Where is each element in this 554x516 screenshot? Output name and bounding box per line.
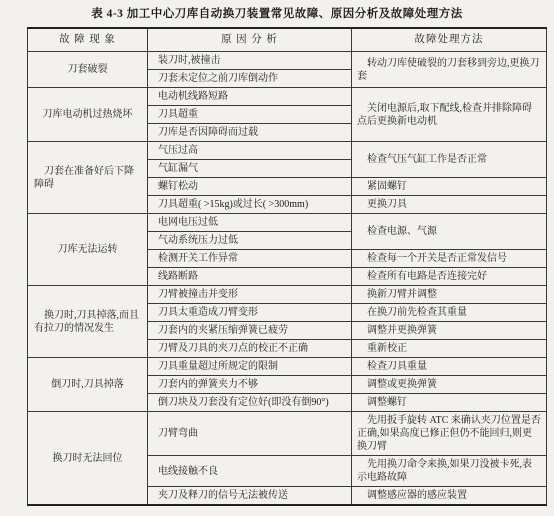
remedy-cell: 检查每一个开关是否正常发信号 — [352, 250, 547, 268]
remedy-cell: 调整并更换弹簧 — [352, 322, 547, 340]
cause-cell: 气动系统压力过低 — [148, 232, 352, 250]
remedy-cell: 转动刀库使破裂的刀套移到旁边,更换刀套 — [352, 52, 547, 88]
remedy-cell: 重新校正 — [352, 340, 547, 358]
cause-cell: 刀具超重( >15kg)或过长( >300mm) — [148, 196, 352, 214]
cause-cell: 刀具重量超过所规定的限制 — [148, 358, 352, 376]
fault-phenomenon-cell: 换刀时无法回位 — [28, 412, 148, 506]
column-header: 故 障 现 象 — [28, 28, 148, 52]
remedy-cell: 检查刀具重量 — [352, 358, 547, 376]
column-header: 故障处理方法 — [352, 28, 547, 52]
cause-cell: 刀套内的夹紧压缩弹簧已疲劳 — [148, 322, 352, 340]
fault-phenomenon-cell: 刀库无法运转 — [28, 214, 148, 286]
remedy-cell: 调整螺钉 — [352, 394, 547, 412]
remedy-cell: 换新刀臂并调整 — [352, 286, 547, 304]
remedy-cell: 先用换刀命令来换,如果刀没被卡死,表示电路故障 — [352, 456, 547, 487]
remedy-cell: 检查电源、气源 — [352, 214, 547, 250]
fault-phenomenon-cell: 刀套破裂 — [28, 52, 148, 88]
cause-cell: 刀臂弯曲 — [148, 412, 352, 456]
table-row: 刀套在准备好后下降障碍气压过高检查气压气缸工作是否正常 — [28, 142, 547, 160]
fault-table-body: 刀套破裂装刀时,被撞击转动刀库使破裂的刀套移到旁边,更换刀套刀套未定位之前刀库倒… — [28, 52, 547, 506]
remedy-cell: 调整感应器的感应装置 — [352, 487, 547, 506]
cause-cell: 刀库是否因障碍而过载 — [148, 124, 352, 142]
table-title: 表 4-3 加工中心刀库自动换刀装置常见故障、原因分析及故障处理方法 — [0, 0, 554, 21]
cause-cell: 螺钉松动 — [148, 178, 352, 196]
remedy-cell: 检查气压气缸工作是否正常 — [352, 142, 547, 178]
cause-cell: 刀套内的弹簧夹力不够 — [148, 376, 352, 394]
fault-phenomenon-cell: 刀库电动机过热烧坏 — [28, 88, 148, 142]
cause-cell: 夹刀及释刀的信号无法被传送 — [148, 487, 352, 506]
cause-cell: 刀具太重造成刀臂变形 — [148, 304, 352, 322]
table-row: 换刀时,刀具掉落,而且有拉刀的情况发生刀臂被撞击并变形换新刀臂并调整 — [28, 286, 547, 304]
column-header: 原 因 分 析 — [148, 28, 352, 52]
remedy-cell: 更换刀具 — [352, 196, 547, 214]
cause-cell: 气压过高 — [148, 142, 352, 160]
cause-cell: 倒刀块及刀套没有定位好(即没有倒90°) — [148, 394, 352, 412]
fault-phenomenon-cell: 倒刀时,刀具掉落 — [28, 358, 148, 412]
cause-cell: 线路断路 — [148, 268, 352, 286]
header-row: 故 障 现 象原 因 分 析故障处理方法 — [28, 28, 547, 52]
cause-cell: 刀套未定位之前刀库倒动作 — [148, 70, 352, 88]
cause-cell: 电网电压过低 — [148, 214, 352, 232]
cause-cell: 检测开关工作异常 — [148, 250, 352, 268]
cause-cell: 装刀时,被撞击 — [148, 52, 352, 70]
table-row: 刀库电动机过热烧坏电动机线路短路关闭电源后,取下配线,检查并排除障碍点后更换新电… — [28, 88, 547, 106]
cause-cell: 气缸漏气 — [148, 160, 352, 178]
remedy-cell: 在换刀前先检查其重量 — [352, 304, 547, 322]
fault-table-head: 故 障 现 象原 因 分 析故障处理方法 — [28, 28, 547, 52]
fault-phenomenon-cell: 刀套在准备好后下降障碍 — [28, 142, 148, 214]
cause-cell: 电线接触不良 — [148, 456, 352, 487]
fault-table: 故 障 现 象原 因 分 析故障处理方法 刀套破裂装刀时,被撞击转动刀库使破裂的… — [27, 27, 547, 506]
remedy-cell: 紧固螺钉 — [352, 178, 547, 196]
cause-cell: 刀具超重 — [148, 106, 352, 124]
table-row: 换刀时无法回位刀臂弯曲先用扳手旋转 ATC 来确认夹刀位置是否正确,如果高度已修… — [28, 412, 547, 456]
scanned-document-page: 表 4-3 加工中心刀库自动换刀装置常见故障、原因分析及故障处理方法 故 障 现… — [0, 0, 554, 516]
remedy-cell: 关闭电源后,取下配线,检查并排除障碍点后更换新电动机 — [352, 88, 547, 142]
fault-phenomenon-cell: 换刀时,刀具掉落,而且有拉刀的情况发生 — [28, 286, 148, 358]
table-row: 刀库无法运转电网电压过低检查电源、气源 — [28, 214, 547, 232]
table-row: 刀套破裂装刀时,被撞击转动刀库使破裂的刀套移到旁边,更换刀套 — [28, 52, 547, 70]
cause-cell: 电动机线路短路 — [148, 88, 352, 106]
table-row: 倒刀时,刀具掉落刀具重量超过所规定的限制检查刀具重量 — [28, 358, 547, 376]
remedy-cell: 检查所有电路是否连接完好 — [352, 268, 547, 286]
remedy-cell: 调整或更换弹簧 — [352, 376, 547, 394]
remedy-cell: 先用扳手旋转 ATC 来确认夹刀位置是否正确,如果高度已修正但仍不能回归,则更换… — [352, 412, 547, 456]
cause-cell: 刀臂及刀具的夹刀点的校正不正确 — [148, 340, 352, 358]
cause-cell: 刀臂被撞击并变形 — [148, 286, 352, 304]
